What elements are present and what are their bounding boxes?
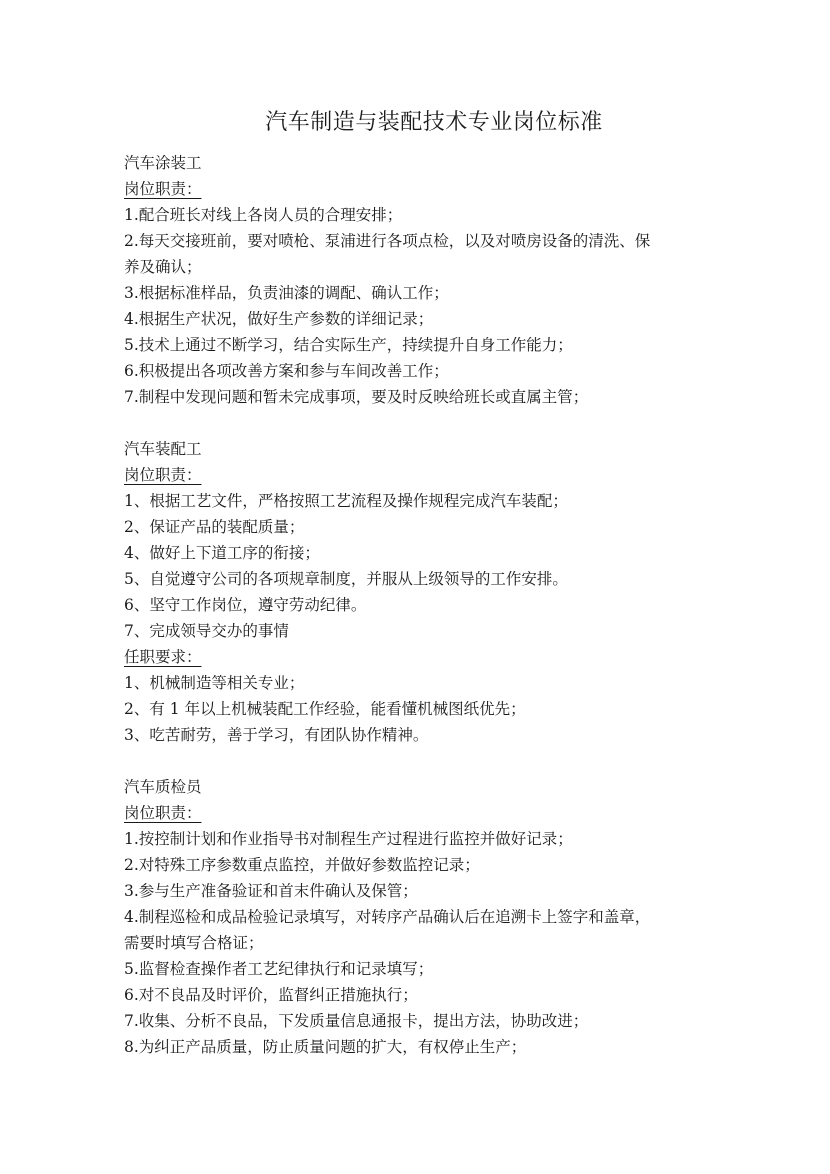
duty-item: 8.为纠正产品质量，防止质量问题的扩大，有权停止生产； [124,1034,704,1060]
duties-label: 岗位职责： [124,800,210,826]
duty-item: 5、自觉遵守公司的各项规章制度，并服从上级领导的工作安排。 [124,566,704,592]
duty-item: 6、坚守工作岗位，遵守劳动纪律。 [124,592,704,618]
requirement-item: 3、吃苦耐劳，善于学习，有团队协作精神。 [124,722,704,748]
duty-item: 2.每天交接班前，要对喷枪、泵浦进行各项点检，以及对喷房设备的清洗、保 [124,228,704,254]
duty-item: 5.监督检查操作者工艺纪律执行和记录填写； [124,956,704,982]
duty-item-continuation: 养及确认； [124,254,704,280]
section-heading: 汽车装配工 [124,436,704,462]
duty-item: 7.制程中发现问题和暂未完成事项，要及时反映给班长或直属主管； [124,384,704,410]
duties-label: 岗位职责： [124,462,210,488]
duty-item: 2.对特殊工序参数重点监控，并做好参数监控记录； [124,852,704,878]
duty-item: 2、保证产品的装配质量； [124,514,704,540]
duty-item: 6.对不良品及时评价，监督纠正措施执行； [124,982,704,1008]
section-heading: 汽车质检员 [124,774,704,800]
duty-item: 7、完成领导交办的事情 [124,618,704,644]
duty-item: 4.根据生产状况，做好生产参数的详细记录； [124,306,704,332]
document-title: 汽车制造与装配技术专业岗位标准 [124,108,704,138]
duty-item: 1、根据工艺文件，严格按照工艺流程及操作规程完成汽车装配； [124,488,704,514]
section-heading: 汽车涂装工 [124,150,704,176]
duty-item: 3.根据标准样品，负责油漆的调配、确认工作； [124,280,704,306]
duty-item: 4、做好上下道工序的衔接； [124,540,704,566]
duty-item-continuation: 需要时填写合格证； [124,930,704,956]
section-assembler: 汽车装配工 岗位职责： 1、根据工艺文件，严格按照工艺流程及操作规程完成汽车装配… [124,436,704,748]
duty-item: 1.配合班长对线上各岗人员的合理安排； [124,202,704,228]
duty-item: 7.收集、分析不良品，下发质量信息通报卡，提出方法，协助改进； [124,1008,704,1034]
duty-item: 5.技术上通过不断学习，结合实际生产，持续提升自身工作能力； [124,332,704,358]
duties-label: 岗位职责： [124,176,210,202]
section-inspector: 汽车质检员 岗位职责： 1.按控制计划和作业指导书对制程生产过程进行监控并做好记… [124,774,704,1060]
duty-item: 3.参与生产准备验证和首末件确认及保管； [124,878,704,904]
requirement-item: 1、机械制造等相关专业； [124,670,704,696]
document-page: 汽车制造与装配技术专业岗位标准 汽车涂装工 岗位职责： 1.配合班长对线上各岗人… [124,108,704,1086]
duty-item: 1.按控制计划和作业指导书对制程生产过程进行监控并做好记录； [124,826,704,852]
section-painter: 汽车涂装工 岗位职责： 1.配合班长对线上各岗人员的合理安排； 2.每天交接班前… [124,150,704,410]
requirement-item: 2、有 1 年以上机械装配工作经验，能看懂机械图纸优先； [124,696,704,722]
requirements-label: 任职要求： [124,644,210,670]
duty-item: 4.制程巡检和成品检验记录填写，对转序产品确认后在追溯卡上签字和盖章， [124,904,704,930]
duty-item: 6.积极提出各项改善方案和参与车间改善工作； [124,358,704,384]
